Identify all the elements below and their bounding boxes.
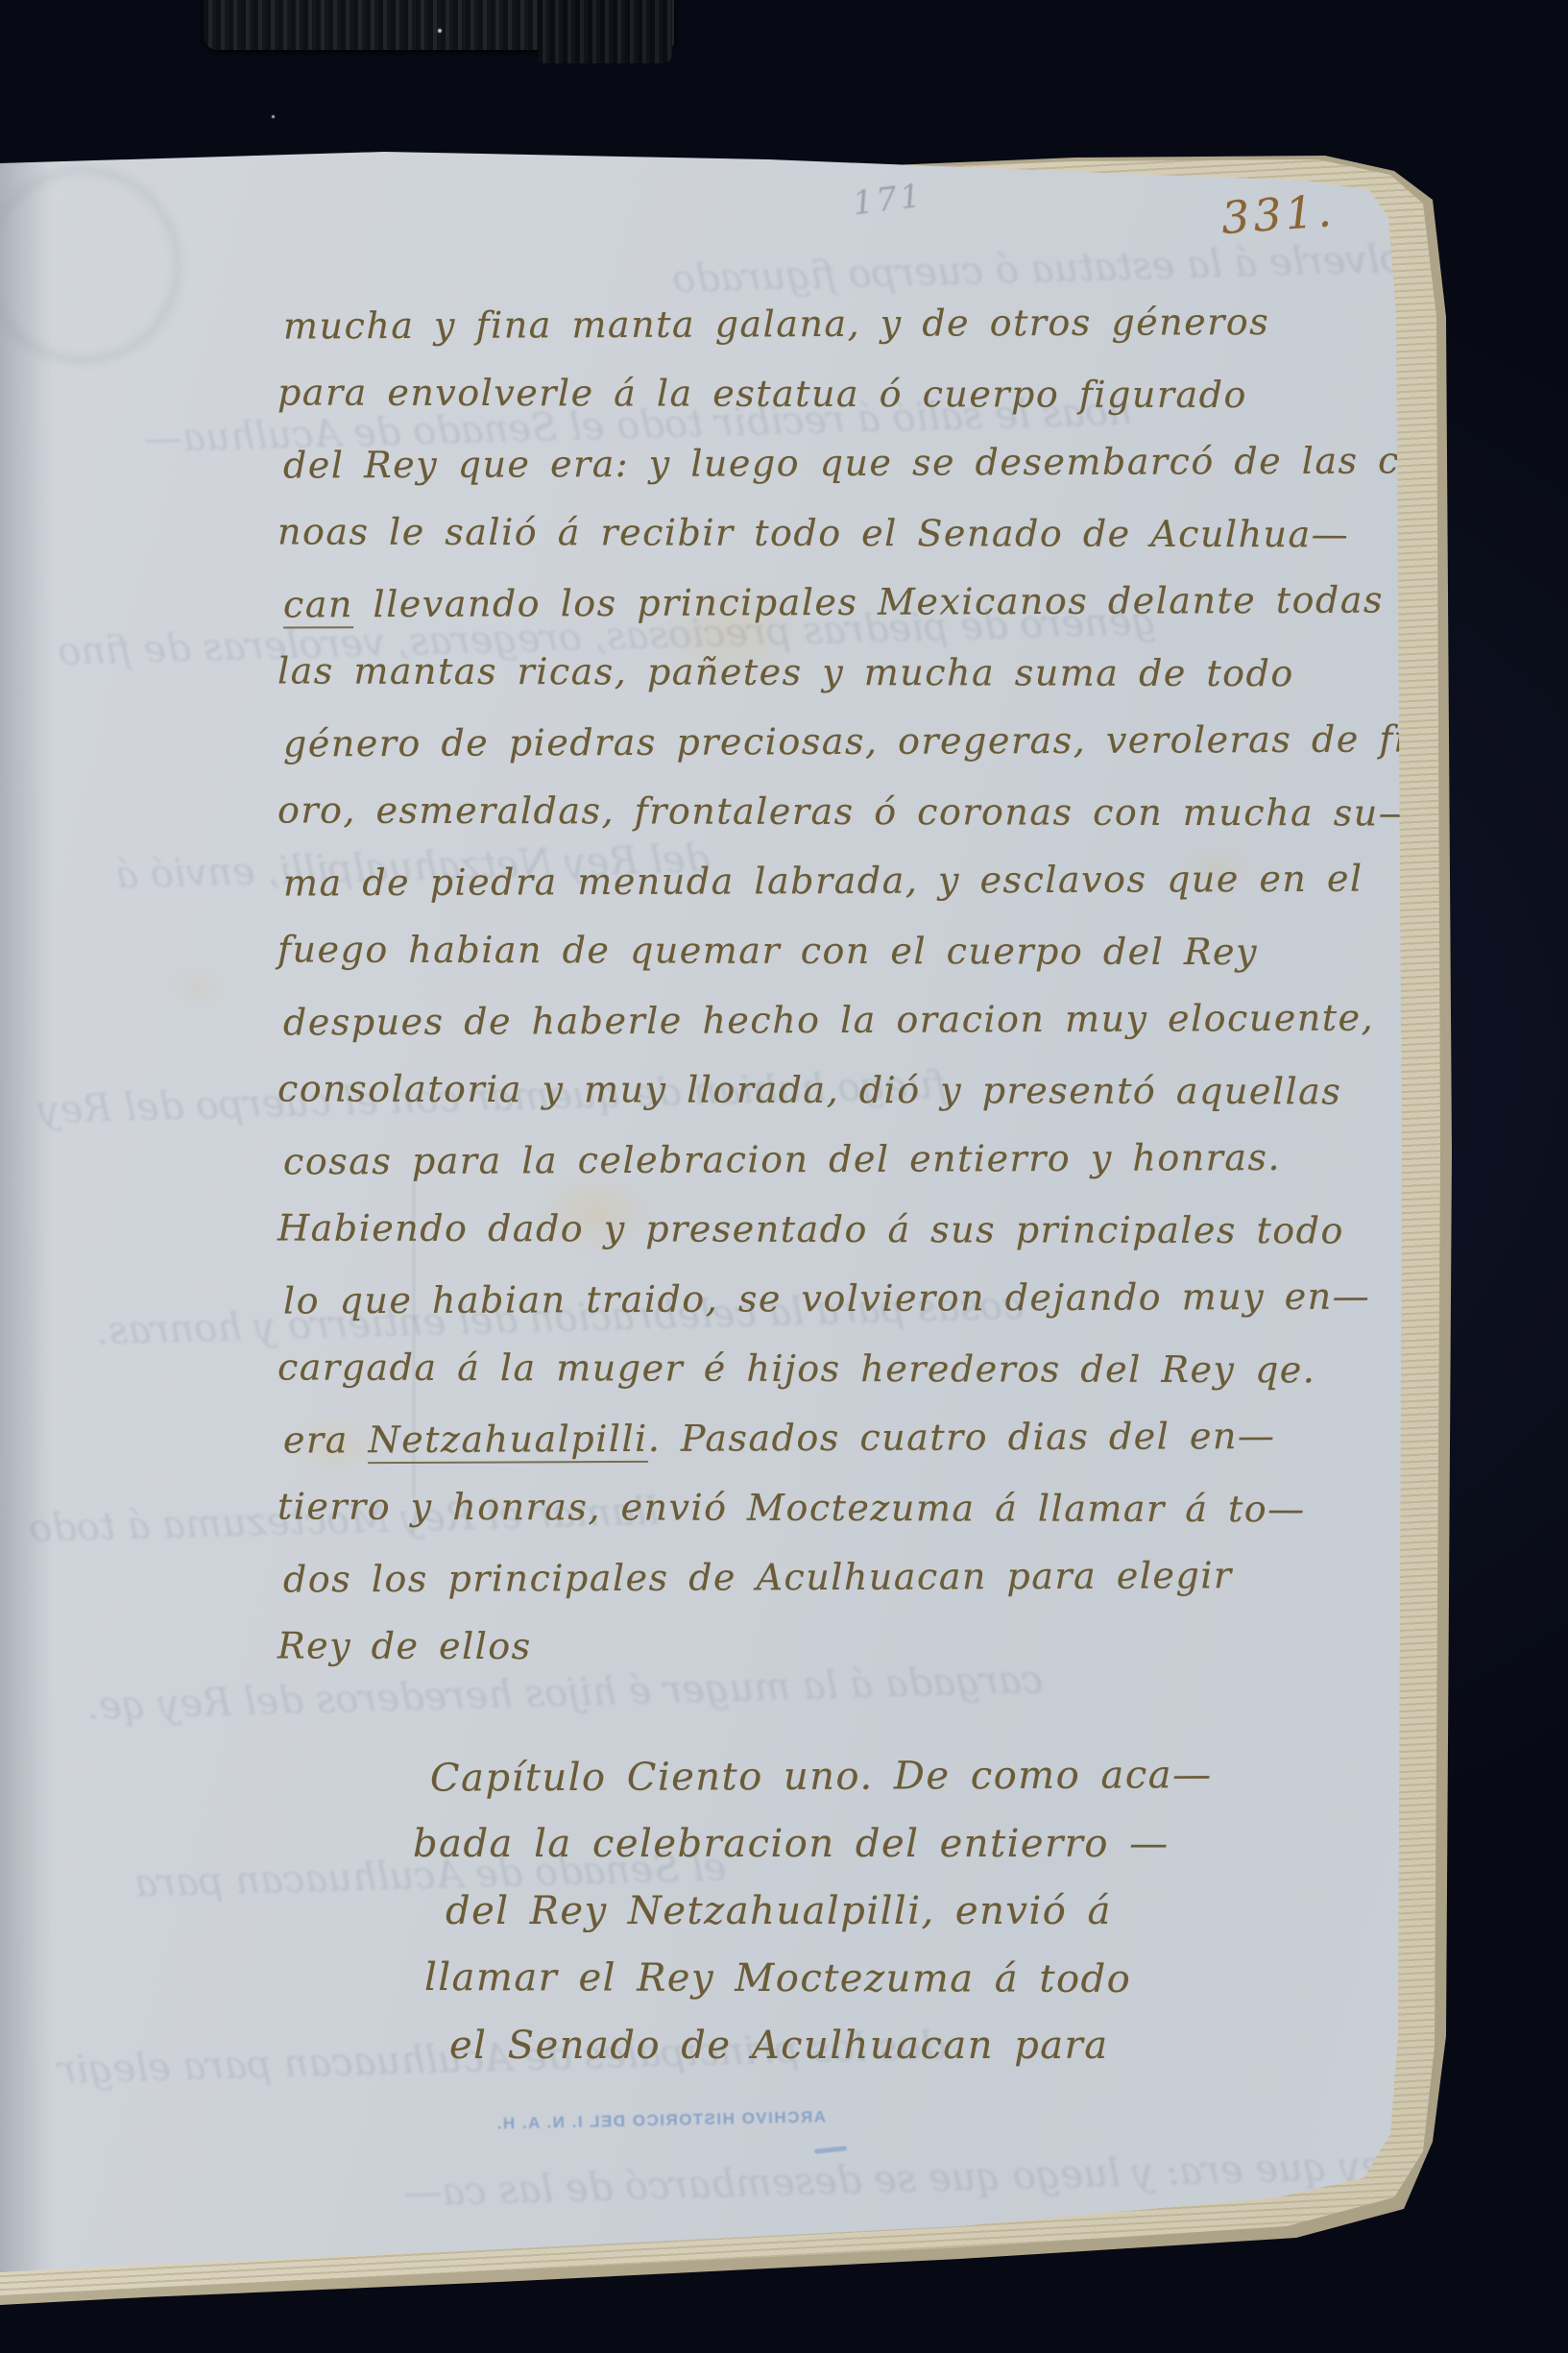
manuscript-page: para envolverle á la estatua ó cuerpo fi…: [0, 0, 1568, 2353]
manuscript-line: del Rey Netzahualpilli, envió á: [446, 1878, 1175, 1945]
underlined-word: Netzahualpilli: [368, 1418, 648, 1464]
manuscript-line: para envolverle á la estatua ó cuerpo fi…: [277, 357, 1382, 430]
chapter-heading: Capítulo Ciento uno. De como aca—bada la…: [430, 1743, 1160, 2079]
fabric-strip-tab: [538, 0, 672, 63]
manuscript-line: llamar el Rey Moctezuma á todo: [424, 1944, 1154, 2013]
manuscript-line: noas le salió á recibir todo el Senado d…: [277, 497, 1382, 570]
manuscript-line: el Senado de Aculhuacan para: [449, 2012, 1179, 2079]
manuscript-line: lo que habian traido, se volvieron dejan…: [283, 1261, 1387, 1336]
page-number: 331.: [1219, 184, 1337, 244]
archive-stamp: ARCHIVO HISTORICO DEL I. N. A. H.: [499, 2107, 826, 2133]
manuscript-line: era Netzahualpilli. Pasados cuatro dias …: [283, 1400, 1387, 1475]
manuscript-line: Habiendo dado y presentado á sus princip…: [277, 1193, 1382, 1266]
manuscript-line: bada la celebracion del entierro —: [413, 1810, 1143, 1878]
archive-stamp-dash: [814, 2146, 847, 2154]
manuscript-line: del Rey que era: y luego que se desembar…: [283, 425, 1387, 500]
manuscript-line: Capítulo Ciento uno. De como aca—: [430, 1741, 1160, 1811]
manuscript-body: mucha y fina manta galana, y de otros gé…: [283, 289, 1387, 1682]
manuscript-line: can llevando los principales Mexicanos d…: [283, 565, 1387, 640]
manuscript-line: mucha y fina manta galana, y de otros gé…: [283, 286, 1387, 361]
manuscript-line: las mantas ricas, pañetes y mucha suma d…: [277, 636, 1382, 709]
underlined-word: can: [283, 583, 353, 628]
manuscript-line: despues de haberle hecho la oracion muy …: [283, 982, 1387, 1057]
paper-watermark: [0, 165, 182, 365]
manuscript-line: cosas para la celebracion del entierro y…: [283, 1122, 1387, 1197]
dust-speck: [272, 115, 275, 118]
photo-background: para envolverle á la estatua ó cuerpo fi…: [0, 0, 1568, 2353]
manuscript-line: oro, esmeraldas, frontaleras ó coronas c…: [277, 775, 1382, 848]
manuscript-line: fuego habian de quemar con el cuerpo del…: [277, 914, 1382, 987]
pencil-annotation: 171: [851, 177, 926, 224]
manuscript-line: consolatoria y muy llorada, dió y presen…: [277, 1054, 1382, 1127]
manuscript-line: dos los principales de Aculhuacan para e…: [283, 1540, 1387, 1614]
manuscript-line: género de piedras preciosas, oregeras, v…: [283, 704, 1387, 779]
manuscript-line: tierro y honras, envió Moctezuma á llama…: [277, 1471, 1382, 1544]
dust-speck: [438, 29, 442, 33]
manuscript-line: Rey de ellos: [277, 1611, 1382, 1684]
manuscript-line: cargada á la muger é hijos herederos del…: [277, 1332, 1382, 1405]
manuscript-line: ma de piedra menuda labrada, y esclavos …: [283, 843, 1387, 918]
